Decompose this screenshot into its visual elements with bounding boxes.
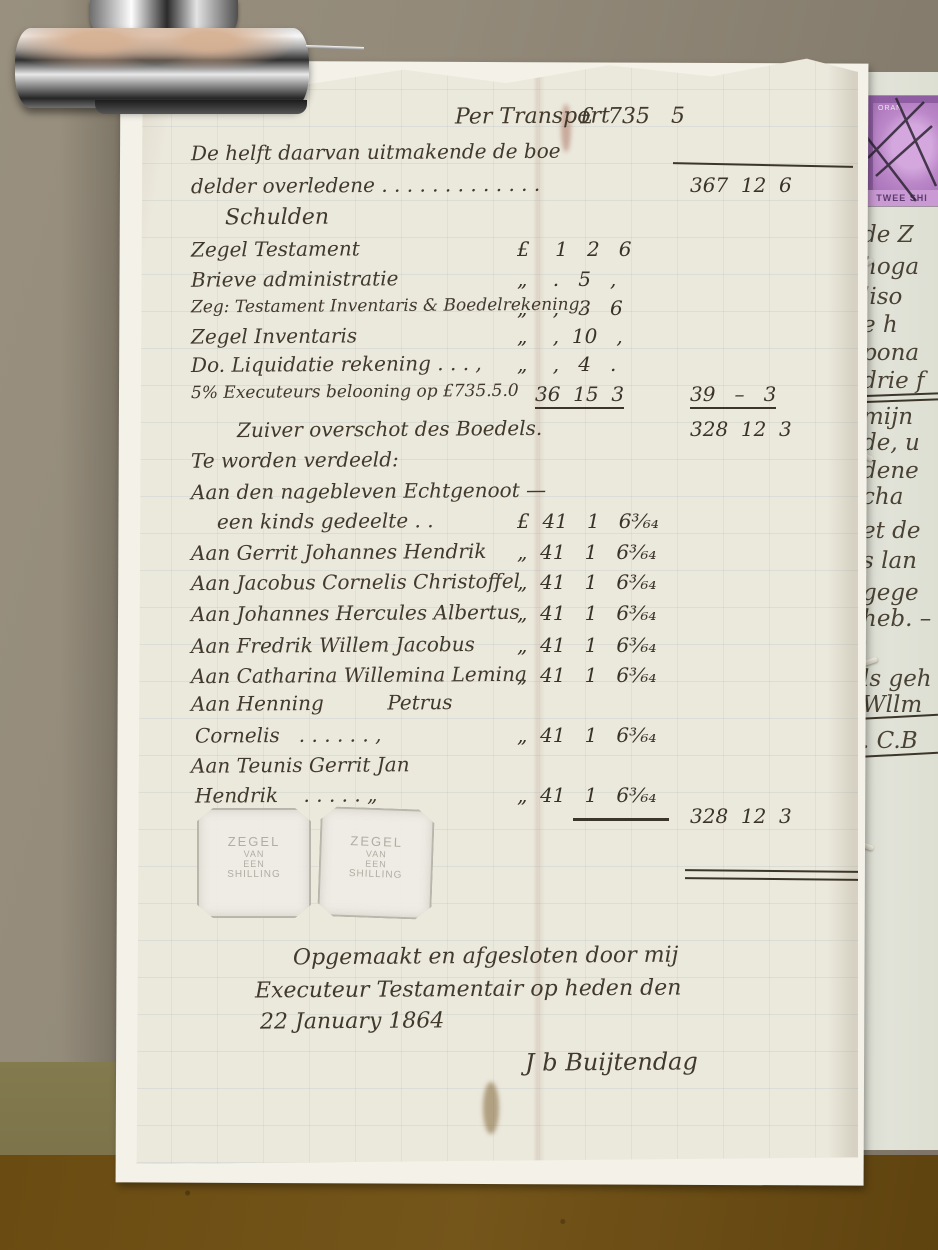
- next-page-text-fragment: dene: [862, 458, 938, 484]
- embossed-zegel-stamp: ZEGEL VAN EEN SHILLING: [197, 808, 311, 918]
- ledger-amount: „ , 3 6: [517, 296, 623, 320]
- ledger-line: delder overledene . . . . . . . . . . . …: [191, 172, 540, 198]
- purple-revenue-stamp: ORAN TWEE SHI: [866, 96, 938, 206]
- ledger-line: Zuiver overschot des Boedels.: [237, 416, 542, 442]
- ledger-line: De helft daarvan uitmakende de boe: [191, 139, 561, 166]
- ledger-amount: „ 41 1 6³⁄₆₄: [517, 663, 657, 687]
- embossed-stamp-text: ZEGEL: [197, 834, 311, 849]
- ledger-amount: „ 41 1 6³⁄₆₄: [517, 601, 657, 625]
- total-rule: [573, 818, 669, 821]
- paper-stain: [483, 1082, 499, 1134]
- section-heading-schulden: Schulden: [225, 205, 329, 231]
- next-page-text-fragment: de, u: [862, 430, 938, 456]
- sum-rule: [673, 162, 853, 168]
- next-page-text-fragment: s lan: [862, 548, 938, 574]
- ledger-line: Aan den nagebleven Echtgenoot —: [191, 478, 546, 504]
- embossed-stamp-text: VAN: [197, 849, 311, 859]
- next-page-text-fragment: hoga: [862, 254, 938, 280]
- ledger-line: Aan Teunis Gerrit Jan: [191, 752, 410, 778]
- next-page-text-fragment: liso: [862, 284, 938, 310]
- metal-clip: [15, 28, 309, 108]
- ledger-amount: 39 – 3: [690, 382, 776, 409]
- ledger-line: Te worden verdeeld:: [191, 447, 399, 472]
- clip-jaw-edge: [95, 100, 307, 114]
- ledger-page: Per Transport £ 735 5 De helft daarvan u…: [125, 52, 858, 1164]
- embossed-stamp-text: EEN: [197, 859, 311, 869]
- ledger-line: 5% Executeurs belooning op £735.5.0: [191, 381, 519, 403]
- ledger-amount: £ 41 1 6³⁄₆₄: [517, 509, 659, 533]
- closing-line-2: Executeur Testamentair op heden den: [255, 976, 682, 1004]
- ledger-line: Hendrik . . . . . „: [195, 782, 378, 807]
- ledger-amount: „ 41 1 6³⁄₆₄: [517, 723, 657, 747]
- closing-date: 22 January 1864: [260, 1008, 444, 1034]
- transport-amount: £ 735 5: [580, 104, 685, 130]
- ledger-amount: £ 1 2 6: [517, 237, 631, 261]
- ledger-line: Aan Johannes Hercules Albertus: [191, 600, 520, 626]
- closing-line-1: Opgemaakt en afgesloten door mij: [293, 943, 679, 971]
- ledger-line: Brieve administratie: [191, 266, 399, 291]
- ledger-line: Aan Fredrik Willem Jacobus: [191, 632, 475, 658]
- double-rule-top: [685, 869, 863, 873]
- executor-signature: J b Buijtendag: [525, 1047, 698, 1076]
- ledger-amount: „ 41 1 6³⁄₆₄: [517, 783, 657, 807]
- next-page-text-fragment: pona: [862, 340, 938, 366]
- clip-wire: [306, 45, 364, 50]
- embossed-zegel-stamp: ZEGEL VAN EEN SHILLING: [317, 806, 435, 920]
- next-page-text-fragment: heb. –: [862, 606, 938, 632]
- next-page-text-fragment: mijn: [862, 404, 938, 430]
- ledger-line: Aan Catharina Willemina Lemina: [191, 662, 527, 688]
- ledger-line: Aan Jacobus Cornelis Christoffel: [191, 569, 520, 595]
- ledger-amount: 36 15 3: [535, 382, 624, 409]
- ledger-line: een kinds gedeelte . .: [217, 508, 434, 534]
- ledger-line: Aan Gerrit Johannes Hendrik: [191, 539, 487, 565]
- next-page-text-fragment: et de: [862, 518, 938, 544]
- ledger-amount: 367 12 6: [690, 173, 792, 197]
- next-page-text-fragment: drie f: [862, 368, 938, 394]
- ledger-amount: 328 12 3: [690, 417, 792, 441]
- grand-total-amount: 328 12 3: [690, 804, 792, 828]
- ledger-line: Zegel Inventaris: [191, 323, 357, 348]
- ledger-line: Aan Henning Petrus: [191, 690, 453, 716]
- next-page-text-fragment: de Z: [862, 222, 938, 248]
- ledger-amount: „ , 10 ,: [517, 324, 623, 348]
- next-page-text-fragment: e h: [862, 312, 938, 338]
- pen-cancel-strokes: [866, 96, 938, 206]
- next-page-text-fragment: gege: [862, 580, 938, 606]
- embossed-stamp-text: SHILLING: [197, 869, 311, 880]
- ledger-amount: „ , 4 .: [517, 352, 616, 376]
- next-page-text-fragment: . C.B: [862, 728, 938, 754]
- ledger-amount: „ 41 1 6³⁄₆₄: [517, 540, 657, 564]
- ledger-line: Zegel Testament: [191, 236, 360, 261]
- next-page-text-fragment: cha: [862, 484, 938, 510]
- next-page-text-fragment: ls geh: [862, 666, 938, 692]
- ledger-amount: „ . 5 ,: [517, 267, 616, 291]
- ledger-amount: „ 41 1 6³⁄₆₄: [517, 633, 657, 657]
- double-rule-bottom: [685, 877, 863, 881]
- ledger-line: Do. Liquidatie rekening . . . ,: [191, 351, 482, 377]
- ledger-line: Cornelis . . . . . . ,: [195, 722, 382, 747]
- ledger-amount: „ 41 1 6³⁄₆₄: [517, 570, 657, 594]
